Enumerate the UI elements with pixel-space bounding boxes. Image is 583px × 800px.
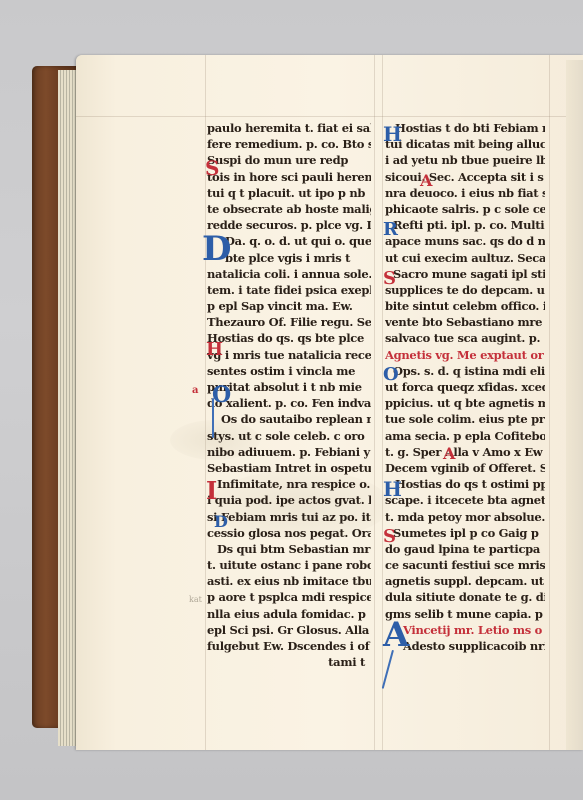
- text-line: do gaud lpina te particpa: [385, 541, 545, 557]
- text-line: scape. i itcecete bta agnete mr: [385, 492, 545, 508]
- text-line: tem. i tate fidei psica exeplo.: [207, 282, 371, 298]
- text-line: ppicius. ut q bte agnetis mris: [385, 395, 545, 411]
- initial-H-red: H: [206, 333, 223, 367]
- initial-O-blue: O: [383, 358, 399, 392]
- text-line: fere remedium. p. co. Bto suae: [207, 136, 371, 152]
- text-line: epl Sci psi. Gr Glosus. Alla v: [207, 622, 371, 638]
- text-line: Hostias t do bti Febiam mr: [385, 120, 545, 136]
- text-line: supplices te do depcam. ut q o: [385, 282, 545, 298]
- text-line: natalicia coli. i annua sole. le: [207, 266, 371, 282]
- ruling-line-horizontal: [76, 116, 566, 117]
- margin-mark-red: a: [192, 385, 198, 396]
- ruling-line-vertical: [374, 55, 375, 750]
- text-line: Refti pti. ipl. p. co. Multi la: [385, 217, 545, 233]
- text-line: tami t: [207, 654, 371, 670]
- text-line: Infimitate, nra respice o. de.: [207, 476, 371, 492]
- text-line: apace muns sac. qs do d nr.: [385, 233, 545, 249]
- text-line: ama secia. p epla Cofitebor: [385, 428, 545, 444]
- text-line: vente bto Sebastiano mre t: [385, 314, 545, 330]
- text-line: nra deuoco. i eius nb fiat sup: [385, 185, 545, 201]
- initial-I-red: I: [206, 474, 217, 508]
- facing-page-edge: [566, 60, 583, 750]
- text-line: tue sole colim. eius pte pro: [385, 411, 545, 427]
- text-line: sentes ostim i vincla me: [207, 363, 371, 379]
- text-column-right: Hostias t do bti Febiam mr tui dicatas m…: [385, 120, 545, 654]
- initial-R-blue: R: [383, 213, 398, 247]
- initial-A-red: A: [420, 164, 432, 198]
- text-line: Os do sautaibo replean m: [207, 411, 371, 427]
- text-line: tui q t placuit. ut ipo p nb: [207, 185, 371, 201]
- text-line: Hostias do qs. qs bte plce: [207, 330, 371, 346]
- text-line: i quia pod. ipe actos gvat. be: [207, 492, 371, 508]
- text-line: Ops. s. d. q istina mdi eligis: [385, 363, 545, 379]
- text-line: puritat absolut i t nb mie: [207, 379, 371, 395]
- text-line: ut forca queqz xfidas. xcede: [385, 379, 545, 395]
- marginal-note: kat: [189, 595, 202, 604]
- text-line: Sacro mune sagati ipl stitu: [385, 266, 545, 282]
- text-line: ut cui execim aultuz. Seca ef: [385, 250, 545, 266]
- initial-flourish: [212, 398, 214, 438]
- initial-S-red: S: [383, 520, 396, 554]
- text-line: te obsecrate ab hoste maligno: [207, 201, 371, 217]
- text-line: Ds qui btm Sebastian mr: [207, 541, 371, 557]
- text-line: Suspi do mun ure redp: [207, 152, 371, 168]
- text-line: tois in hore sci pauli heremite: [207, 169, 371, 185]
- text-line: do xalient. p. co. Fen indvau: [207, 395, 371, 411]
- text-line: paulo heremita t. fiat ei salut: [207, 120, 371, 136]
- text-line: i ad yetu nb tbue pueire lb: [385, 152, 545, 168]
- initial-S-red: S: [383, 262, 396, 296]
- text-line: fulgebut Ew. Dscendes i of Le: [207, 638, 371, 654]
- text-line: Sumetes ipl p co Gaig p: [385, 525, 545, 541]
- text-line: si Febiam mris tui az po. it: [207, 509, 371, 525]
- initial-H-blue: H: [383, 117, 402, 151]
- text-line: redde securos. p. plce vg. Lo: [207, 217, 371, 233]
- text-line: p aore t psplca mdi respice. et: [207, 589, 371, 605]
- text-line: vg i mris tue natalicia rece: [207, 347, 371, 363]
- text-line: cessio glosa nos pegat. Ora.: [207, 525, 371, 541]
- text-line: t. mda petoy mor absolue.: [385, 509, 545, 525]
- text-line: ce sacunti festiui sce mris t: [385, 557, 545, 573]
- initial-A-blue: A: [383, 618, 409, 652]
- text-line: t. g. Sper Alla v Amo x Ew: [385, 444, 545, 460]
- text-line: bite sintut celebm offico. itte: [385, 298, 545, 314]
- text-line: bte plce vgis i mris t: [207, 250, 371, 266]
- text-line: Hostias do qs t ostimi pp su: [385, 476, 545, 492]
- initial-D-blue: D: [214, 505, 228, 539]
- text-line: dula sitiute donate te g. di: [385, 589, 545, 605]
- text-line: agnetis suppl. depcam. ut q se: [385, 573, 545, 589]
- text-column-left: paulo heremita t. fiat ei salut fere rem…: [207, 120, 371, 670]
- text-line: Sebastiam Intret in ospetu or: [207, 460, 371, 476]
- text-line: salvaco tue sca augint. p.: [385, 330, 545, 346]
- text-line: tui dicatas mit being alluc: [385, 136, 545, 152]
- text-line: p epl Sap vincit ma. Ew.: [207, 298, 371, 314]
- initial-D-blue: D: [202, 232, 231, 266]
- text-line: asti. ex eius nb imitace tbue: [207, 573, 371, 589]
- initial-S-red: S: [205, 151, 219, 185]
- initial-H-blue: H: [383, 472, 402, 506]
- text-line-rubric: Agnetis vg. Me exptaut or: [385, 347, 545, 363]
- text-line: Da. q. o. d. ut qui o. quebi: [207, 233, 371, 249]
- initial-O-blue: O: [212, 378, 231, 412]
- text-line: Decem vginib of Offeret. Sec: [385, 460, 545, 476]
- text-line: nibo adiuuem. p. Febiani y: [207, 444, 371, 460]
- text-line: phicaote salris. p c sole cesse.: [385, 201, 545, 217]
- text-line: stys. ut c sole celeb. c oro: [207, 428, 371, 444]
- text-line: nlla eius adula fomidac. p: [207, 606, 371, 622]
- text-line: t. uitute ostanc i pane robor: [207, 557, 371, 573]
- text-line: Thezauro Of. Filie regu. Se: [207, 314, 371, 330]
- ruling-line-vertical: [549, 55, 550, 750]
- text-line: sicoui. Sec. Accepta sit i s t d: [385, 169, 545, 185]
- initial-A-red: A: [443, 437, 455, 471]
